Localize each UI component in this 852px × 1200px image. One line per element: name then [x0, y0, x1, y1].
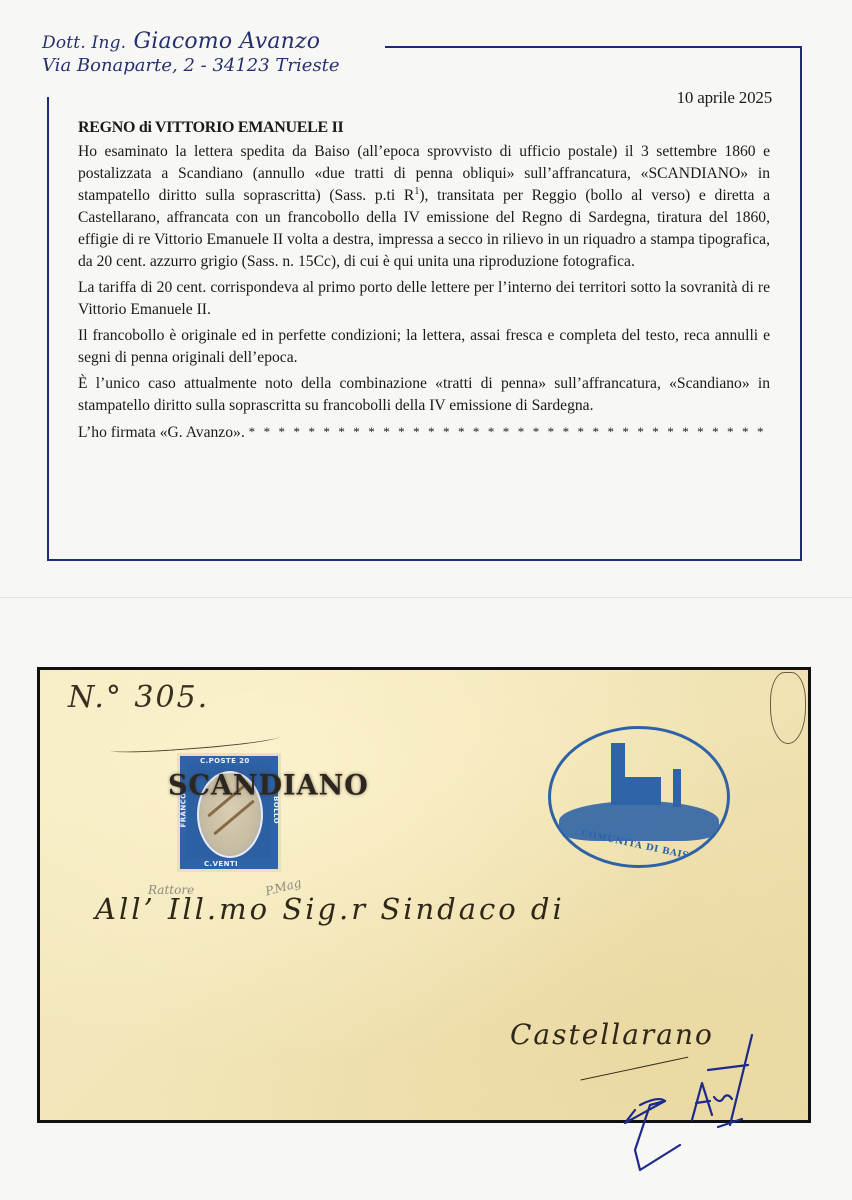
fold-line: [0, 597, 852, 598]
certificate-paragraph-3: Il francobollo è originale ed in perfett…: [78, 325, 770, 369]
address-flourish: [580, 1057, 689, 1087]
letter-number: N.° 305.: [68, 680, 209, 715]
certificate-paragraph-2: La tariffa di 20 cent. corrispondeva al …: [78, 277, 770, 321]
certificate-date: 10 aprile 2025: [677, 88, 772, 108]
scandiano-postmark: SCANDIANO: [168, 769, 369, 802]
certificate-title: REGNO di VITTORIO EMANUELE II: [78, 117, 770, 139]
certificate-frame-right: [800, 46, 802, 560]
envelope-photo: N.° 305. C.POSTE 20 C.VENTI FRANCO BOLLO…: [37, 667, 811, 1123]
certificate-frame-top: [385, 46, 802, 48]
stamp-top-text: C.POSTE 20: [200, 757, 250, 765]
certificate-paragraph-5: L’ho firmata «G. Avanzo». * * * * * * * …: [78, 421, 770, 444]
letterhead-address: Via Bonaparte, 2 - 34123 Trieste: [42, 57, 340, 76]
star-filler: * * * * * * * * * * * * * * * * * * * * …: [249, 421, 770, 443]
seal-tower-small-icon: [673, 769, 681, 807]
certificate-frame-left: [47, 97, 49, 561]
certificate-frame-bottom: [47, 559, 802, 561]
certificate-paragraph-1: Ho esaminato la lettera spedita da Baiso…: [78, 141, 770, 273]
letterhead-person-name: Giacomo Avanzo: [134, 29, 321, 54]
baiso-community-seal: COMUNITA DI BAISO: [548, 726, 730, 868]
certificate-paragraph-4: È l’unico caso attualmente noto della co…: [78, 373, 770, 417]
signed-statement: L’ho firmata «G. Avanzo».: [78, 424, 245, 441]
letterhead-title-prefix: Dott. Ing.: [42, 33, 126, 53]
letter-number-underline: [110, 732, 280, 755]
stamp-bottom-text: C.VENTI: [204, 860, 238, 868]
corner-flourish-mark: [770, 672, 806, 744]
address-city: Castellarano: [510, 1018, 714, 1051]
letterhead-name: Dott. Ing. Giacomo Avanzo: [42, 30, 340, 53]
certificate-body: REGNO di VITTORIO EMANUELE II Ho esamina…: [78, 117, 770, 448]
address-recipient: All’ Ill.mo Sig.r Sindaco di: [95, 892, 565, 926]
letterhead: Dott. Ing. Giacomo Avanzo Via Bonaparte,…: [42, 30, 340, 76]
